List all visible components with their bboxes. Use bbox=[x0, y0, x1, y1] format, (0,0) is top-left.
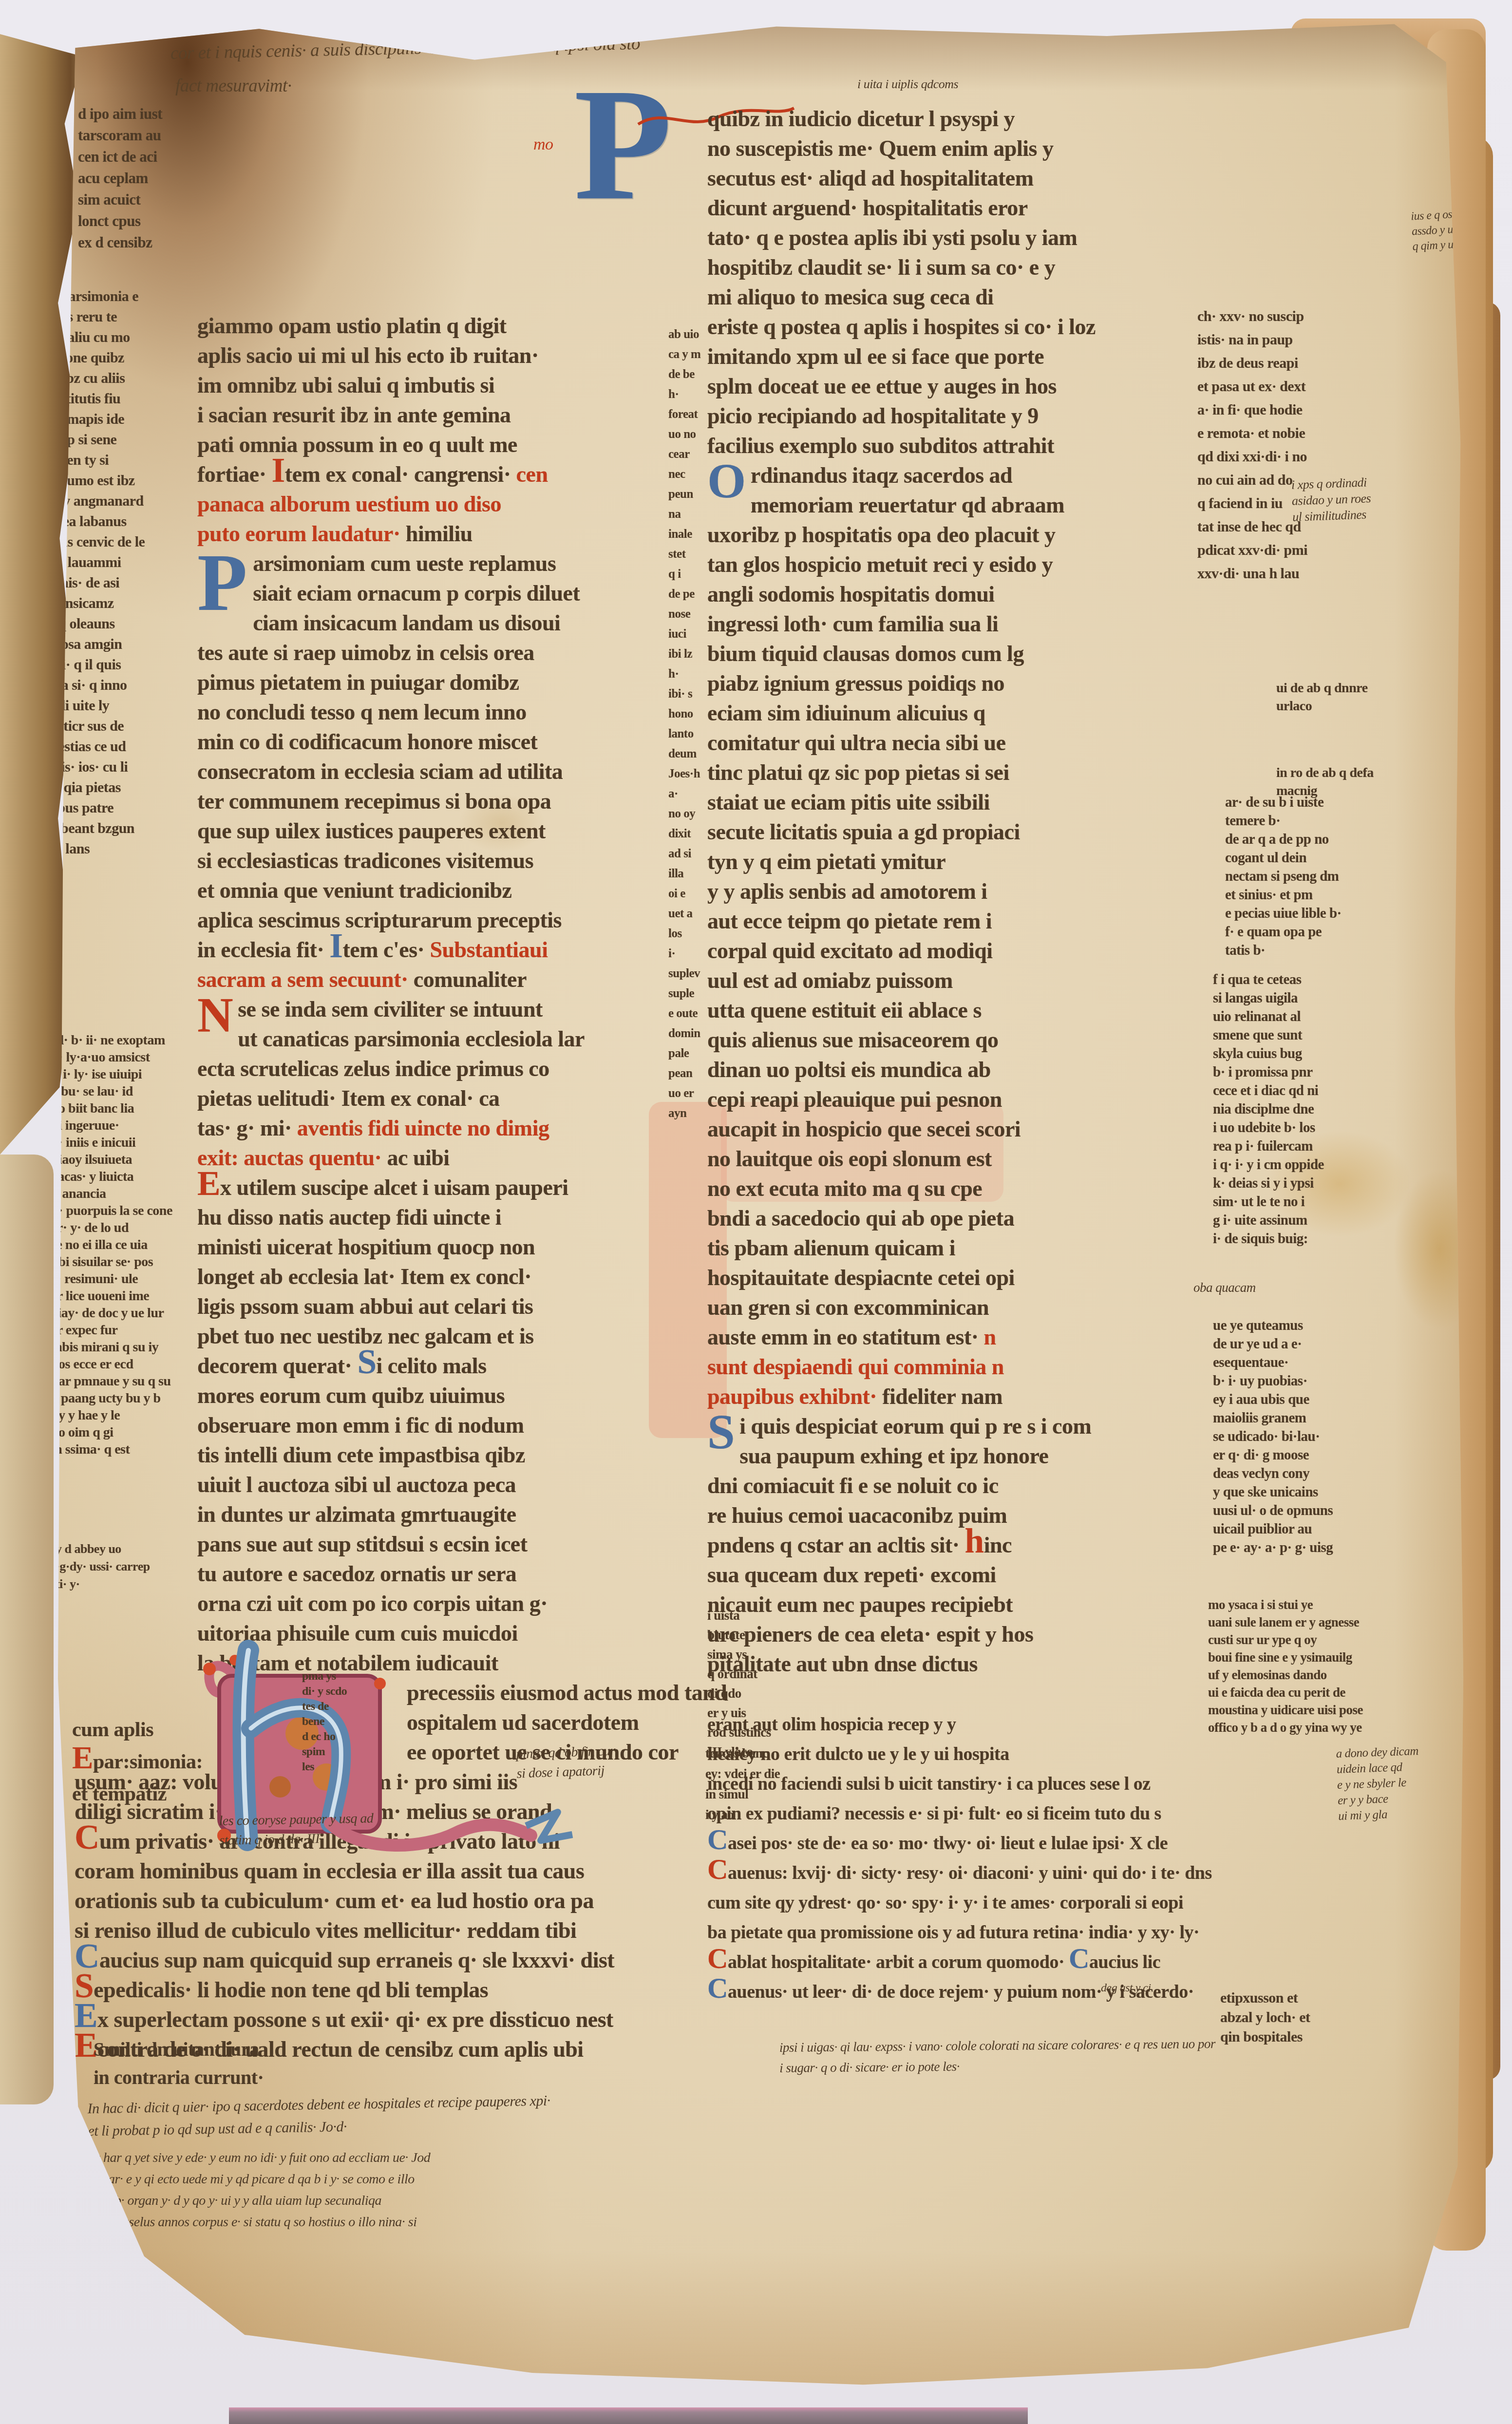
text-line: hu disso natis auctep fidi uincte i bbox=[197, 1202, 675, 1232]
rubric-text: n bbox=[984, 1325, 996, 1349]
body-text: mores eorum cum quibz uiuimus bbox=[197, 1383, 505, 1408]
body-text: et omnia que veniunt tradicionibz bbox=[197, 878, 511, 903]
body-text: uicail puiblior au bbox=[1213, 1521, 1312, 1537]
body-text: obseruare mon emm i fic di nodum bbox=[197, 1413, 524, 1438]
body-text: les bbox=[302, 1761, 314, 1773]
body-text: tem c'es· bbox=[343, 937, 430, 962]
body-text: aucius sup nam quicquid sup erraneis q· … bbox=[99, 1948, 614, 1972]
right-margin-gloss-2: ui de ab q dnnreurlaco bbox=[1276, 679, 1368, 715]
body-text: ed celarar· e y qi ecto uede mi y qd pic… bbox=[66, 2172, 415, 2187]
body-text: par:simonia: bbox=[93, 1751, 203, 1773]
text-line: uxoribz p hospitatis opa deo placuit y bbox=[707, 520, 1170, 549]
text-line: aplica sescimus scripturarum preceptis bbox=[197, 905, 675, 935]
body-text: uan gren si con excomminican bbox=[707, 1295, 989, 1320]
text-line: Cauenus: lxvij· di· sicty· resy· oi· dia… bbox=[707, 1858, 1170, 1888]
body-text: spim bbox=[302, 1745, 325, 1758]
text-line: tas· g· mi· aventis fidi uincte no dimig bbox=[197, 1113, 675, 1143]
body-text: peun bbox=[668, 488, 693, 501]
text-line: offico y b a d o gy yina wy ye bbox=[1208, 1719, 1363, 1736]
text-line: tat inse de hec qd bbox=[1197, 515, 1307, 539]
body-text: pe e· ay· a· p· g· uisg bbox=[1213, 1540, 1333, 1555]
text-line: decorem querat· Si celito mals bbox=[197, 1351, 675, 1381]
body-text: se no ei illa ce uia bbox=[51, 1237, 148, 1252]
body-text: ayn bbox=[668, 1107, 686, 1120]
body-text: sima ys bbox=[707, 1647, 747, 1662]
body-text: er y y bace bbox=[1338, 1792, 1388, 1807]
body-text: picio recipiando ad hospitalitate y 9 bbox=[707, 403, 1039, 428]
text-line: tyn y q eim pietati ymitur bbox=[707, 847, 1170, 876]
text-line: aut ecce teipm qo pietate rem i bbox=[707, 906, 1170, 936]
text-line: cear bbox=[668, 444, 700, 464]
text-line: in contraria currunt· bbox=[94, 2064, 264, 2092]
text-line: panaca alborum uestium uo diso bbox=[197, 489, 675, 519]
text-line: uio relinanat al bbox=[1213, 1007, 1324, 1026]
text-line: fortiae· Item ex conal· cangrensi· cen bbox=[197, 459, 675, 489]
text-line: vacas· y liuicta bbox=[51, 1168, 172, 1185]
body-text: temere b· bbox=[1225, 813, 1280, 829]
text-line: a dono dey dicam bbox=[1336, 1743, 1418, 1762]
body-text: pale bbox=[668, 1047, 689, 1060]
rubric-text: C bbox=[75, 1818, 99, 1856]
main-column-right: quibz in iudicio dicetur l psyspi yno su… bbox=[707, 104, 1170, 2007]
text-line: uusi ul· o de opmuns bbox=[1213, 1501, 1333, 1520]
text-line: k· deias si y i ypsi bbox=[1213, 1174, 1324, 1193]
text-line: ayn bbox=[668, 1103, 700, 1123]
binding-lower-edge bbox=[0, 1155, 54, 2104]
text-line: p· puorpuis la se cone bbox=[51, 1202, 172, 1219]
body-text: utta quene estituit eii ablace s bbox=[707, 998, 982, 1023]
body-text: rdinandus itaqz sacerdos ad bbox=[751, 463, 1012, 488]
body-text: na bbox=[668, 508, 680, 521]
text-line: f· e quam opa pe bbox=[1225, 923, 1342, 941]
text-line: giammo opam ustio platin q digit bbox=[197, 311, 675, 341]
text-line: y y aplis senbis ad amotorem i bbox=[707, 876, 1170, 906]
text-line: uan gren si con excomminican bbox=[707, 1292, 1170, 1322]
body-text: cen ict de aci bbox=[78, 148, 157, 165]
body-text: secutus est· aliqd ad hospitalitatem bbox=[707, 166, 1034, 190]
text-line: tato· q e postea aplis ibi ysti psolu y … bbox=[707, 223, 1170, 252]
text-line: er y uis bbox=[707, 1703, 771, 1723]
body-text: staiat ue eciam pitis uite ssibili bbox=[707, 790, 990, 814]
text-line: ex d censibz bbox=[78, 232, 162, 253]
text-line: sunt despiaendi qui comminia n bbox=[707, 1352, 1170, 1382]
text-line: no biit banc lia bbox=[51, 1100, 172, 1117]
text-line: ibi lz bbox=[668, 644, 700, 664]
right-margin-gloss-7: ue ye quteamusde ur ye ud a e·esequentau… bbox=[1213, 1316, 1333, 1557]
body-text: et pasa ut ex· dext bbox=[1197, 379, 1305, 395]
body-text: b· ly·a·uo amsicst bbox=[51, 1050, 150, 1065]
body-text: nose bbox=[668, 607, 690, 621]
body-text: k· deias si y i ypsi bbox=[1213, 1175, 1314, 1191]
text-line: Joes·h bbox=[668, 764, 700, 784]
body-text: hu disso natis auctep fidi uincte i bbox=[197, 1205, 501, 1230]
text-line: boui fine sine e y ysimauilg bbox=[1208, 1648, 1363, 1666]
text-line: ca y m bbox=[668, 344, 700, 364]
text-line: mi aliquo to mesica sug ceca di bbox=[707, 282, 1170, 312]
text-line: by y hae y le bbox=[51, 1407, 172, 1424]
right-margin-gloss-4: ar· de su b i uistetemere b·de ar q a de… bbox=[1225, 793, 1342, 960]
text-line: q faciend in iu bbox=[1197, 492, 1307, 515]
text-line: sd· b· ii· ne exoptam bbox=[51, 1032, 172, 1049]
text-line: siait eciam ornacum p corpis diluet bbox=[197, 578, 675, 608]
text-line: illa bbox=[668, 864, 700, 884]
body-text: q faciend in iu bbox=[1197, 495, 1283, 511]
text-line: urc pieners de cea eleta· espit y hos bbox=[707, 1619, 1170, 1649]
text-line: f i qua te ceteas bbox=[1213, 970, 1324, 989]
text-line: re huius cemoi uacaconibz puim bbox=[707, 1500, 1170, 1530]
body-text: e oute bbox=[668, 1007, 698, 1020]
text-line: staiat ue eciam pitis uite ssibili bbox=[707, 787, 1170, 817]
body-text: ey i aua ubis que bbox=[1213, 1392, 1309, 1407]
body-text: uiaoy ilsuiueta bbox=[51, 1152, 132, 1167]
drop-cap-initial: S bbox=[707, 1411, 739, 1452]
text-line: spim bbox=[302, 1744, 347, 1760]
text-line: e pecias uiue lible b· bbox=[1225, 904, 1342, 923]
right-margin-gloss-5: f i qua te ceteassi langas uigilauio rel… bbox=[1213, 970, 1324, 1248]
body-text: etipxusson et bbox=[1220, 1990, 1298, 2006]
body-text: cum site qy ydrest· qo· so· spy· i· y· i… bbox=[707, 1893, 1183, 1913]
body-text: abzal y loch· et bbox=[1220, 2009, 1310, 2026]
body-text: ab uio bbox=[668, 328, 699, 341]
text-line: ipsi i uigas· qi lau· expss· i vano· col… bbox=[779, 2033, 1215, 2058]
text-line: memoriam reuertatur qd abraam bbox=[707, 490, 1170, 520]
text-line: ligis pssom suam abbui aut celari tis bbox=[197, 1291, 675, 1321]
body-text: siait eciam ornacum p corpis diluet bbox=[253, 581, 580, 606]
text-line: cen ict de aci bbox=[78, 146, 162, 168]
body-text: ui de ab q dnnre bbox=[1276, 681, 1368, 696]
body-text: si langas uigila bbox=[1213, 990, 1298, 1006]
body-text: no oim q gi bbox=[51, 1425, 113, 1440]
body-text: i uista bbox=[707, 1608, 739, 1623]
body-text: nec bbox=[668, 468, 685, 481]
body-text: cepi reapi pleauique pui pesnon bbox=[707, 1087, 1002, 1112]
text-line: de ur ye ud a e· bbox=[1213, 1335, 1333, 1353]
text-line: dni comiacuit fi e se noluit co ic bbox=[707, 1471, 1170, 1500]
body-text: no cui ain ad do bbox=[1197, 472, 1292, 488]
text-line: g i· uite assinum bbox=[1213, 1211, 1324, 1230]
body-text: consecratom in ecclesia sciam ad utilita bbox=[197, 759, 563, 784]
text-line: ibz de deus reapi bbox=[1197, 352, 1307, 375]
text-line: er lice uoueni ime bbox=[51, 1288, 172, 1305]
body-text: uo no bbox=[668, 428, 696, 441]
body-text: e pecias uiue lible b· bbox=[1225, 906, 1342, 921]
body-text: pinax qd ob fin cur· bbox=[516, 1743, 619, 1761]
text-line: piabz ignium gressus poidiqs no bbox=[707, 668, 1170, 698]
drop-cap-initial: N bbox=[197, 994, 238, 1035]
text-line: dixit bbox=[668, 824, 700, 844]
body-text: y paang ucty bu y b bbox=[51, 1391, 161, 1406]
body-text: i sacian resurit ibz in ante gemina bbox=[197, 402, 511, 427]
text-line: cum site qy ydrest· qo· so· spy· i· y· i… bbox=[707, 1888, 1170, 1918]
text-line: pati omnia possum in eo q uult me bbox=[197, 430, 675, 459]
body-text: er expec fur bbox=[51, 1323, 118, 1338]
body-text: di· y scdo bbox=[302, 1685, 347, 1698]
text-line: by d abbey uo bbox=[49, 1540, 150, 1558]
text-line: suple bbox=[668, 984, 700, 1004]
text-line: i sacian resurit ibz in ante gemina bbox=[197, 400, 675, 430]
text-line: pitalitate aut ubn dnse dictus bbox=[707, 1649, 1170, 1679]
text-line: tencas banc bbox=[705, 1743, 780, 1763]
body-text: domin bbox=[668, 1027, 700, 1040]
text-line: quis alienus sue misaceorem qo bbox=[707, 1025, 1170, 1055]
text-line: q i bbox=[668, 564, 700, 584]
body-text: pati omnia possum in eo q uult me bbox=[197, 432, 517, 457]
intercolumn-gloss-1: ab uioca y mde beh·foreatuo nocearnecpeu… bbox=[668, 324, 700, 1123]
text-line: Si quis despiciat eorum qui p re s i com bbox=[707, 1411, 1170, 1441]
text-line: no lauitque ois eopi slonum est bbox=[707, 1144, 1170, 1174]
text-line: pimus pietatem in puiugar domibz bbox=[197, 667, 675, 697]
body-text: pndens q cstar an acltis sit· bbox=[707, 1533, 965, 1557]
body-text: libi sisuilar se· pos bbox=[51, 1254, 153, 1269]
text-line: si ecclesiasticas tradicones visitemus bbox=[197, 846, 675, 875]
body-text: maioliis granem bbox=[1213, 1410, 1306, 1426]
text-line: viay· de doc y ue lur bbox=[51, 1305, 172, 1322]
body-text: no oy bbox=[668, 807, 695, 820]
text-line: ii· iniis e inicuii bbox=[51, 1134, 172, 1151]
body-text: x superlectam possone s ut exii· qi· ex … bbox=[97, 2007, 613, 2032]
body-text: f i qua te ceteas bbox=[1213, 972, 1302, 987]
text-line: a· bbox=[668, 784, 700, 804]
body-text: uusi ul· o de opmuns bbox=[1213, 1503, 1333, 1518]
text-line: i· anancia bbox=[51, 1185, 172, 1202]
text-line: no ext ecuta mito ma q su cpe bbox=[707, 1174, 1170, 1203]
body-text: statim q io d da· III bbox=[219, 1831, 320, 1848]
text-line: hono bbox=[668, 704, 700, 724]
rubric-text: E bbox=[72, 1741, 93, 1776]
body-text: no biit banc lia bbox=[51, 1101, 134, 1116]
body-text: ui e faicda dea cu perit de bbox=[1208, 1685, 1345, 1700]
text-line: pbet tuo nec uestibz nec galcam et is bbox=[197, 1321, 675, 1351]
body-text: ey: vdei er die bbox=[705, 1766, 780, 1781]
body-text: orationis sub ta cubiculum· cum et· ea l… bbox=[75, 1888, 594, 1913]
body-text: los bbox=[668, 927, 682, 940]
text-line: ingressi loth· cum familia sua li bbox=[707, 609, 1170, 639]
running-header-line2: fact mesuravimt· bbox=[175, 76, 292, 96]
giant-initial-p: P bbox=[574, 72, 672, 217]
text-line: a· in fi· que hodie bbox=[1197, 398, 1307, 422]
rubric-text: exit: auctas quentu· bbox=[197, 1145, 381, 1170]
text-line: xxv·di· una h lau bbox=[1197, 562, 1307, 586]
text-line: iuci bbox=[668, 624, 700, 644]
text-line: ad si bbox=[668, 844, 700, 864]
body-text: ch· xxv· no suscip bbox=[1197, 308, 1304, 324]
text-line: i· bbox=[668, 944, 700, 964]
text-line: sacram a sem secuunt· comunaliter bbox=[197, 965, 675, 994]
body-text: ca y m bbox=[668, 348, 700, 361]
body-text: auenus: lxvij· di· sicty· resy· oi· diac… bbox=[728, 1863, 1212, 1883]
text-line: d ec ho bbox=[302, 1729, 347, 1744]
text-line: eriste q postea q aplis i hospites si co… bbox=[707, 312, 1170, 341]
body-text: e y ne sbyler le bbox=[1337, 1776, 1407, 1792]
text-line: corpal quid excitato ad modiqi bbox=[707, 936, 1170, 966]
text-line: temere b· bbox=[1225, 812, 1342, 830]
text-line: tis pbam alienum quicam i bbox=[707, 1233, 1170, 1263]
text-line: nicauit eum nec paupes recipiebt bbox=[707, 1590, 1170, 1619]
text-line: h· bbox=[668, 664, 700, 684]
text-line: nec bbox=[668, 464, 700, 484]
text-line: no suscepistis me· Quem enim aplis y bbox=[707, 133, 1170, 163]
text-line: exit: auctas quentu· ac uibi bbox=[197, 1143, 675, 1173]
right-margin-gloss-6: oba quacam bbox=[1193, 1280, 1256, 1295]
text-line: no oim q gi bbox=[51, 1424, 172, 1441]
text-line: par pmnaue y su q su bbox=[51, 1373, 172, 1390]
text-line: Ex superlectam possone s ut exii· qi· ex… bbox=[75, 2005, 675, 2034]
body-text: corpal quid excitato ad modiqi bbox=[707, 938, 993, 963]
body-text: uiuit l auctoza sibi ul auctoza peca bbox=[197, 1472, 516, 1497]
body-text: in ecclesia fit· bbox=[197, 937, 329, 962]
body-text: p· puorpuis la se cone bbox=[51, 1203, 172, 1218]
text-line: angli sodomis hospitatis domui bbox=[707, 579, 1170, 609]
body-text: longet ab ecclesia lat· Item ex concl· bbox=[197, 1264, 531, 1289]
text-line: sim acuict bbox=[78, 189, 162, 210]
body-text: istis· na in paup bbox=[1197, 332, 1293, 348]
body-text: ibz de deus reapi bbox=[1197, 355, 1298, 371]
body-text: esequentaue· bbox=[1213, 1355, 1288, 1370]
body-text: tatis b· bbox=[1225, 943, 1265, 958]
body-text: t· i· ly· ise uiuipi bbox=[51, 1067, 142, 1082]
rubric-text: E bbox=[197, 1164, 220, 1203]
text-line: esequentaue· bbox=[1213, 1353, 1333, 1372]
text-line: orationis sub ta cubiculum· cum et· ea l… bbox=[75, 1886, 675, 1915]
body-text: deum bbox=[668, 747, 697, 760]
cursive-note-near-h: pinax qd ob fin cur·si dose i apatorij bbox=[516, 1741, 620, 1783]
text-line: tu autore e sacedoz ornatis ur sera bbox=[197, 1559, 675, 1589]
bottom-note-dark: In hac di· dicit q uier· ipo q sacerdote… bbox=[87, 2090, 551, 2143]
body-text: et tempatiz bbox=[72, 1783, 167, 1805]
text-line: ey i aua ubis que bbox=[1213, 1390, 1333, 1409]
body-text: ingressi loth· cum familia sua li bbox=[707, 611, 998, 636]
text-line: dinan uo poltsi eis mundica ab bbox=[707, 1055, 1170, 1084]
body-text: urlaco bbox=[1276, 699, 1312, 714]
body-text: bene bbox=[302, 1715, 324, 1728]
text-line: de pe bbox=[668, 584, 700, 604]
text-line: deas veclyn cony bbox=[1213, 1464, 1333, 1483]
text-line: cepi reapi pleauique pui pesnon bbox=[707, 1084, 1170, 1114]
text-line: cece et i diac qd ni bbox=[1213, 1081, 1324, 1100]
body-text: b· i promissa pnr bbox=[1213, 1064, 1313, 1080]
text-line: uicail puiblior au bbox=[1213, 1520, 1333, 1538]
body-text: no ext ecuta mito ma q su cpe bbox=[707, 1176, 982, 1201]
bottom-catchline: Smilti dn uitant iurain contraria currun… bbox=[94, 2035, 264, 2092]
body-text: tinc platui qz sic pop pietas si sei bbox=[707, 760, 1009, 785]
body-text: aut ecce teipm qo pietate rem i bbox=[707, 909, 992, 933]
text-line: uti· y· bbox=[49, 1575, 150, 1593]
text-line: maioliis granem bbox=[1213, 1409, 1333, 1427]
body-text: secute licitatis spuia a gd propiaci bbox=[707, 819, 1020, 844]
body-text: by d abbey uo bbox=[49, 1542, 121, 1556]
body-text: sim acuict bbox=[78, 191, 140, 208]
text-line: pdicat xxv·di· pmi bbox=[1197, 539, 1307, 562]
body-text: asidao y un roes bbox=[1292, 491, 1371, 508]
body-text: que sup uilex iustices pauperes extent bbox=[197, 818, 546, 843]
body-text: q i bbox=[668, 568, 681, 581]
body-text: in duntes ur alzimata gmrtuaugite bbox=[197, 1502, 516, 1527]
left-margin-gloss-1: d ipo aim iusttarscoram aucen ict de aci… bbox=[78, 103, 162, 253]
body-text: di qdo bbox=[707, 1686, 741, 1701]
left-margin-gloss-3: sd· b· ii· ne exoptamb· ly·a·uo amsicstt… bbox=[51, 1032, 172, 1458]
text-line: er q· di· g moose bbox=[1213, 1446, 1333, 1464]
text-line: uo no bbox=[668, 424, 700, 444]
text-line: les co eoryse pauper y usq ad bbox=[219, 1809, 373, 1831]
body-text: de ar q a de pp no bbox=[1225, 832, 1329, 847]
text-line: tinc platui qz sic pop pietas si sei bbox=[707, 757, 1170, 787]
text-line: comitatur qui ultra necia sibi ue bbox=[707, 728, 1170, 757]
right-margin-cursive-low: a dono dey dicamuidein lace qde y ne sby… bbox=[1336, 1743, 1421, 1824]
text-line: min co di codificacum honore miscet bbox=[197, 727, 675, 757]
body-text: uxoribz p hospitatis opa deo placuit y bbox=[707, 522, 1056, 547]
rubric-text: I bbox=[272, 451, 285, 490]
text-line: uf y elemosinas dando bbox=[1208, 1666, 1363, 1684]
body-text: min co di codificacum honore miscet bbox=[197, 729, 537, 754]
body-text: aucius lic bbox=[1089, 1952, 1160, 1972]
body-text: sua quceam dux repeti· excomi bbox=[707, 1562, 996, 1587]
body-text: pans sue aut sup stitdsui s ecsin icet bbox=[197, 1532, 528, 1556]
body-text: par pmnaue y su q su bbox=[51, 1374, 170, 1389]
text-line: sima ys bbox=[707, 1645, 771, 1664]
body-text: i celito mals bbox=[377, 1353, 487, 1378]
body-text: ecta scrutelicas zelus indice primus co bbox=[197, 1056, 549, 1081]
text-line: abzal y loch· et bbox=[1220, 2008, 1310, 2027]
text-line: uiuit l auctoza sibi ul auctoza peca bbox=[197, 1470, 675, 1499]
text-line: deg ust y ci bbox=[1101, 1982, 1151, 1995]
body-text: smene que sunt bbox=[1213, 1027, 1302, 1043]
text-line: tes de bbox=[302, 1699, 347, 1714]
text-line: y bu· se lau· id bbox=[51, 1083, 172, 1100]
body-text: i q· i· y i cm oppide bbox=[1213, 1157, 1324, 1173]
body-text: ac uibi bbox=[381, 1145, 449, 1170]
text-line: ui de ab q dnnre bbox=[1276, 679, 1368, 697]
body-text: offico y b a d o gy yina wy ye bbox=[1208, 1720, 1362, 1735]
text-line: urlaco bbox=[1276, 697, 1368, 715]
text-line: acu ceplam bbox=[78, 168, 162, 189]
blue-initial-text: C bbox=[1069, 1943, 1089, 1974]
body-text: re huius cemoi uacaconibz puim bbox=[707, 1503, 1007, 1528]
text-line: pean bbox=[668, 1063, 700, 1083]
text-line: ey: vdei er die bbox=[705, 1763, 780, 1784]
body-text: hospitibz claudit se· li i sum sa co· e … bbox=[707, 255, 1055, 280]
body-text: foreat bbox=[668, 408, 698, 421]
body-text: d ipo aim iust bbox=[78, 105, 162, 122]
right-margin-tiny: deg ust y ci bbox=[1101, 1982, 1151, 1995]
text-line: puto eorum laudatur· himiliu bbox=[197, 519, 675, 549]
body-text: uo er bbox=[668, 1087, 694, 1100]
body-text: cogant ul dein bbox=[1225, 850, 1306, 866]
body-text: mi aliquo to mesica sug ceca di bbox=[707, 284, 994, 309]
body-text: skyla cuius bug bbox=[1213, 1046, 1302, 1061]
text-line: foreat bbox=[668, 404, 700, 424]
text-line: suplev bbox=[668, 964, 700, 984]
text-line: auste emm in eo statitum est· n bbox=[707, 1322, 1170, 1352]
text-line: etipxusson et bbox=[1220, 1988, 1310, 2008]
text-line: statim q io d da· III bbox=[219, 1828, 374, 1851]
body-text: i sugar· q o di· sicare· er io pote les· bbox=[779, 2059, 960, 2075]
body-text: eciam sim idiuinum alicuius q bbox=[707, 701, 985, 725]
body-text: in ssima· q est bbox=[51, 1442, 130, 1457]
body-text: sim· ut le te no i bbox=[1213, 1194, 1304, 1210]
table-edge-strip bbox=[229, 2407, 1028, 2424]
body-text: inbis mirani q su iy bbox=[51, 1340, 158, 1355]
text-line: inbis mirani q su iy bbox=[51, 1339, 172, 1356]
body-text: pietas uelitudi· Item ex conal· ca bbox=[197, 1086, 500, 1111]
body-text: suple bbox=[668, 987, 694, 1000]
body-text: iuci bbox=[668, 627, 686, 641]
body-text: Smilti dn uitant iura bbox=[94, 2038, 259, 2060]
body-text: uul est ad omiabz puissom bbox=[707, 968, 953, 993]
text-line: qd dixi xxi·di· i no bbox=[1197, 445, 1307, 469]
body-text: x utilem suscipe alcet i uisam pauperi bbox=[220, 1175, 568, 1200]
text-line: Caucius sup nam quicquid sup erraneis q·… bbox=[75, 1945, 675, 1975]
body-text: ba pietate qua promissione ois y ad futu… bbox=[707, 1922, 1199, 1943]
